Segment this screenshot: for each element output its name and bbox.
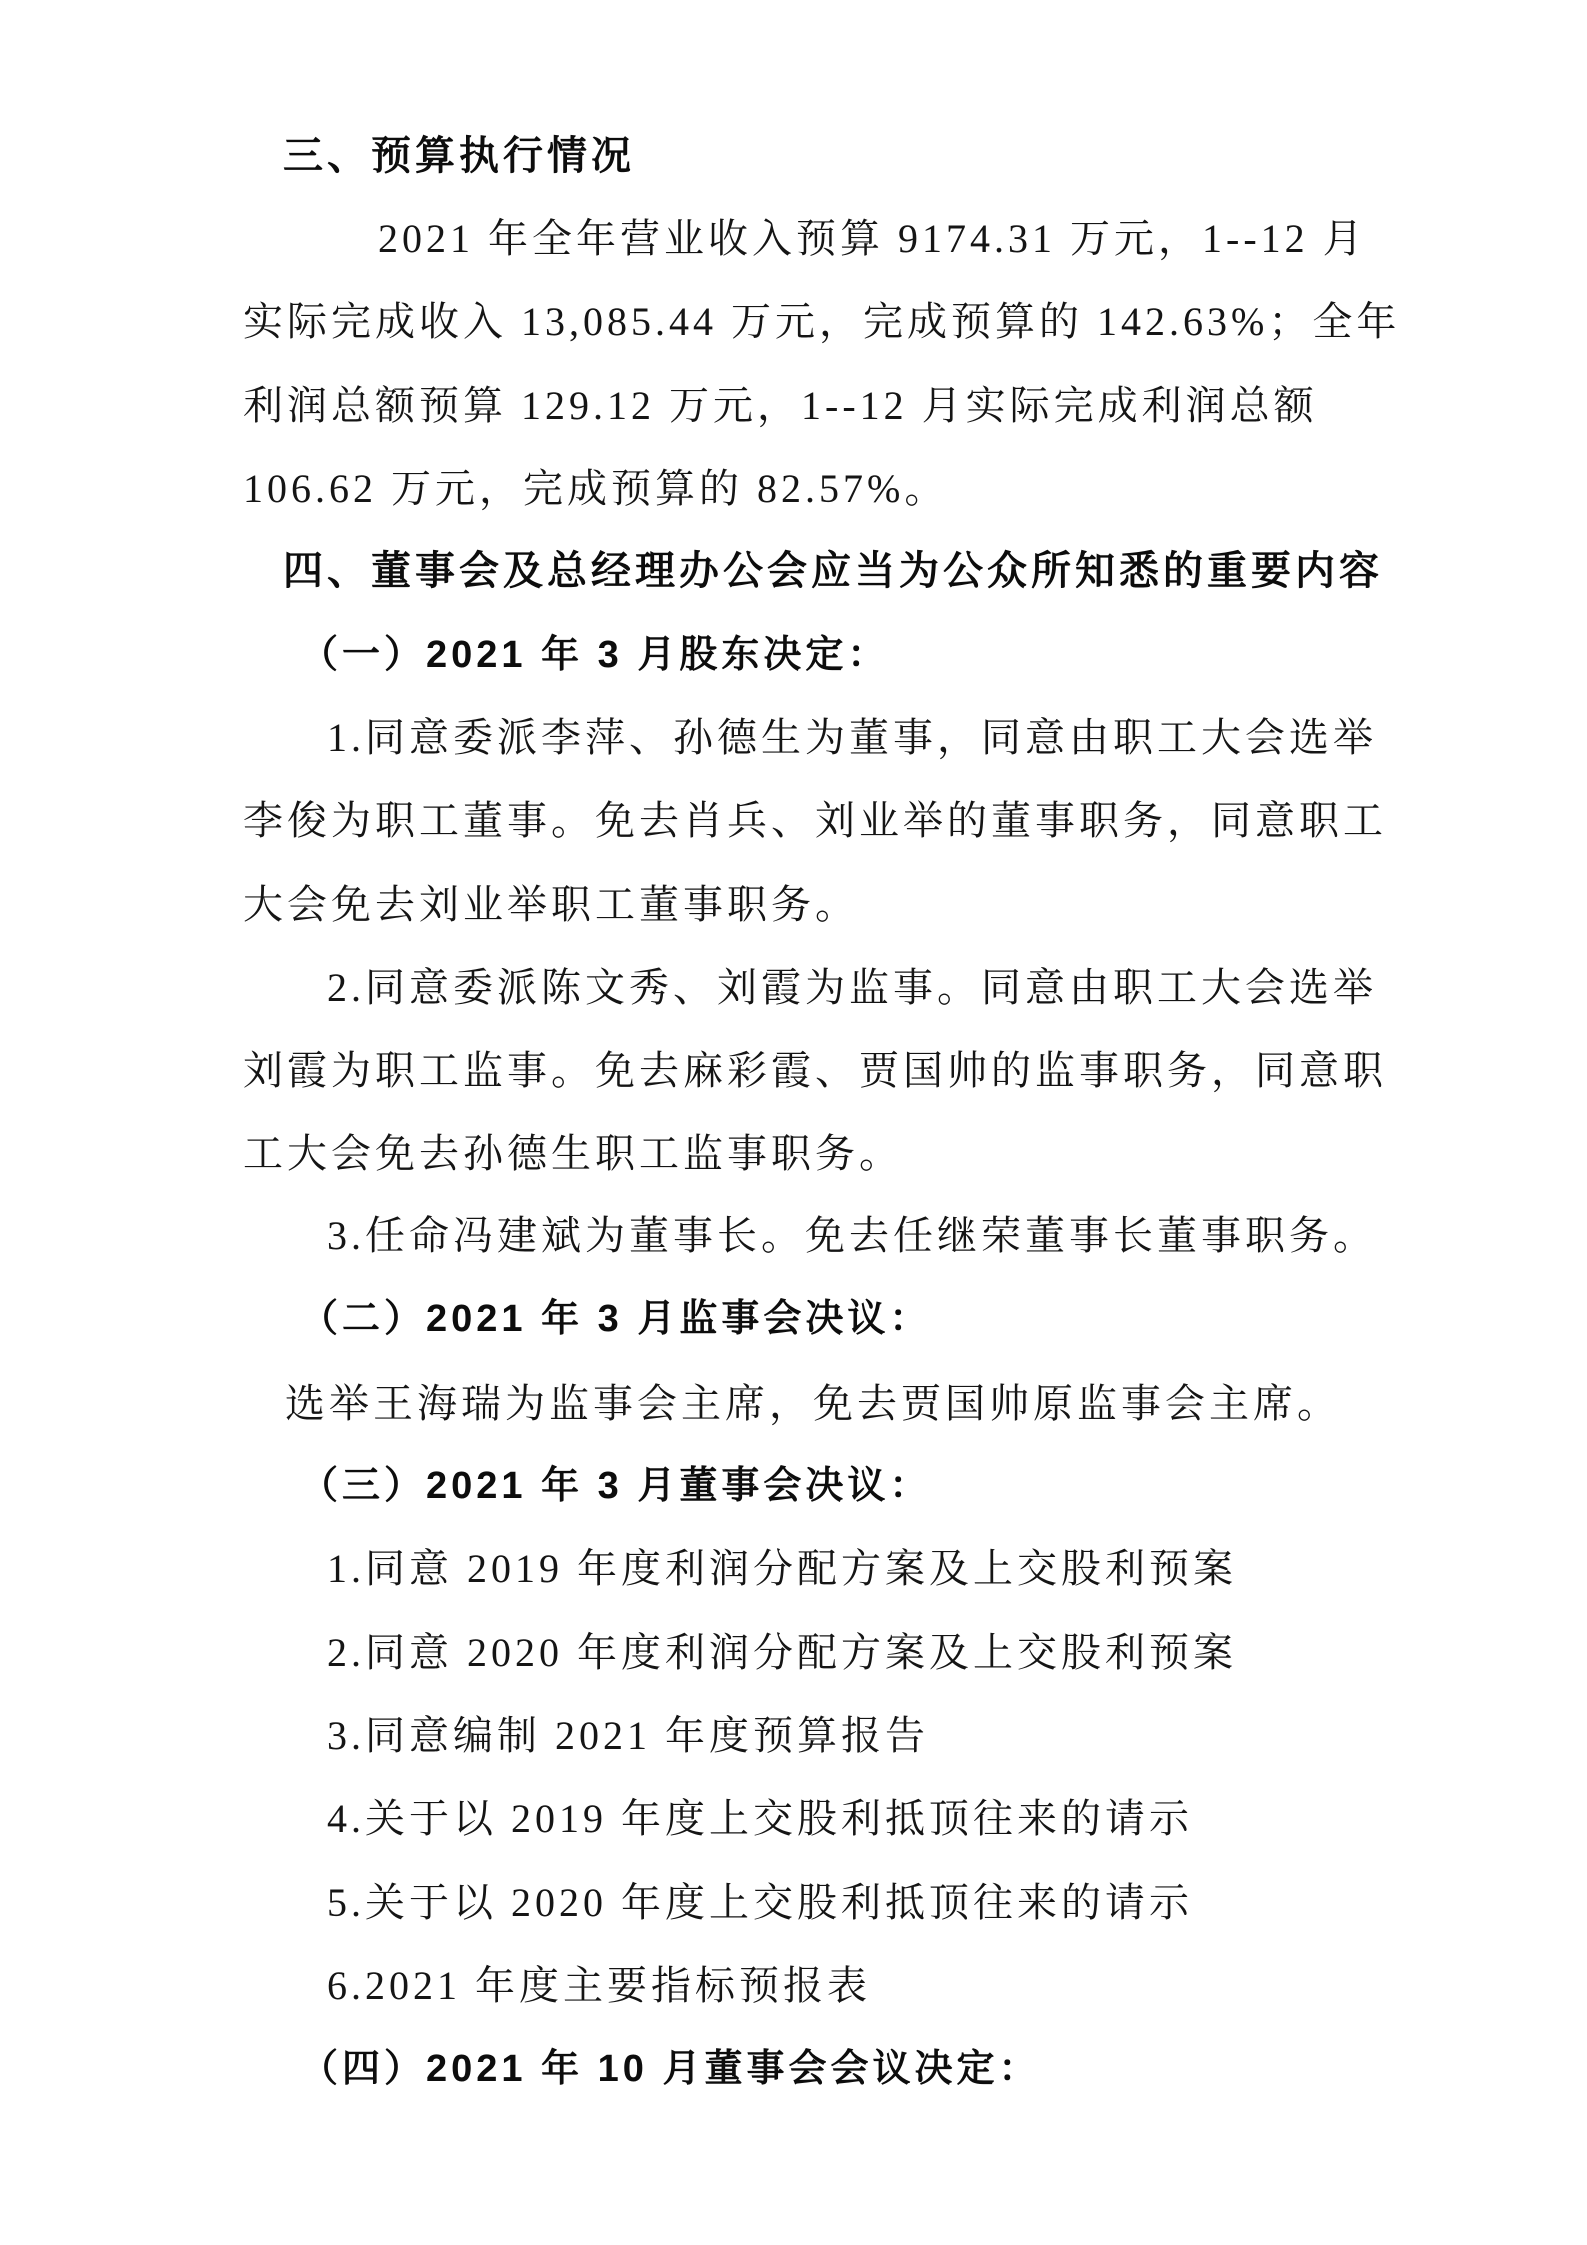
budget-paragraph-line-2: 实际完成收入 13,085.44 万元，完成预算的 142.63%；全年 xyxy=(243,298,1400,346)
budget-paragraph-line-1: 2021 年全年营业收入预算 9174.31 万元，1--12 月 xyxy=(378,215,1367,263)
board-resolution-item-5: 5.关于以 2020 年度上交股利抵顶往来的请示 xyxy=(327,1879,1193,1927)
document-page: 三、预算执行情况 2021 年全年营业收入预算 9174.31 万元，1--12… xyxy=(0,0,1587,2245)
shareholder-item-2-line-2: 刘霞为职工监事。免去麻彩霞、贾国帅的监事职务，同意职 xyxy=(243,1047,1387,1095)
supervisory-board-resolution-text: 选举王海瑞为监事会主席，免去贾国帅原监事会主席。 xyxy=(285,1380,1341,1428)
subheading-october-board-meeting: （四）2021 年 10 月董事会会议决定： xyxy=(300,2045,1040,2093)
budget-paragraph-line-4: 106.62 万元，完成预算的 82.57%。 xyxy=(243,465,948,513)
board-resolution-item-3: 3.同意编制 2021 年度预算报告 xyxy=(327,1712,929,1760)
shareholder-item-1-line-2: 李俊为职工董事。免去肖兵、刘业举的董事职务，同意职工 xyxy=(243,797,1387,845)
shareholder-item-1-line-3: 大会免去刘业举职工董事职务。 xyxy=(243,881,859,929)
board-resolution-item-6: 6.2021 年度主要指标预报表 xyxy=(327,1962,871,2010)
board-resolution-item-4: 4.关于以 2019 年度上交股利抵顶往来的请示 xyxy=(327,1795,1193,1843)
budget-paragraph-line-3: 利润总额预算 129.12 万元，1--12 月实际完成利润总额 xyxy=(243,382,1318,430)
shareholder-item-3-line-1: 3.任命冯建斌为董事长。免去任继荣董事长董事职务。 xyxy=(327,1212,1377,1260)
section-heading-board-content: 四、董事会及总经理办公会应当为公众所知悉的重要内容 xyxy=(283,547,1383,595)
shareholder-item-2-line-1: 2.同意委派陈文秀、刘霞为监事。同意由职工大会选举 xyxy=(327,964,1377,1012)
shareholder-item-2-line-3: 工大会免去孙德生职工监事职务。 xyxy=(243,1130,903,1178)
shareholder-item-1-line-1: 1.同意委派李萍、孙德生为董事，同意由职工大会选举 xyxy=(327,714,1377,762)
subheading-shareholder-decision: （一）2021 年 3 月股东决定： xyxy=(300,631,889,679)
subheading-supervisory-board-resolution: （二）2021 年 3 月监事会决议： xyxy=(300,1295,931,1343)
board-resolution-item-1: 1.同意 2019 年度利润分配方案及上交股利预案 xyxy=(327,1545,1237,1593)
subheading-board-resolution: （三）2021 年 3 月董事会决议： xyxy=(300,1462,931,1510)
section-heading-budget-execution: 三、预算执行情况 xyxy=(283,132,635,180)
board-resolution-item-2: 2.同意 2020 年度利润分配方案及上交股利预案 xyxy=(327,1629,1237,1677)
